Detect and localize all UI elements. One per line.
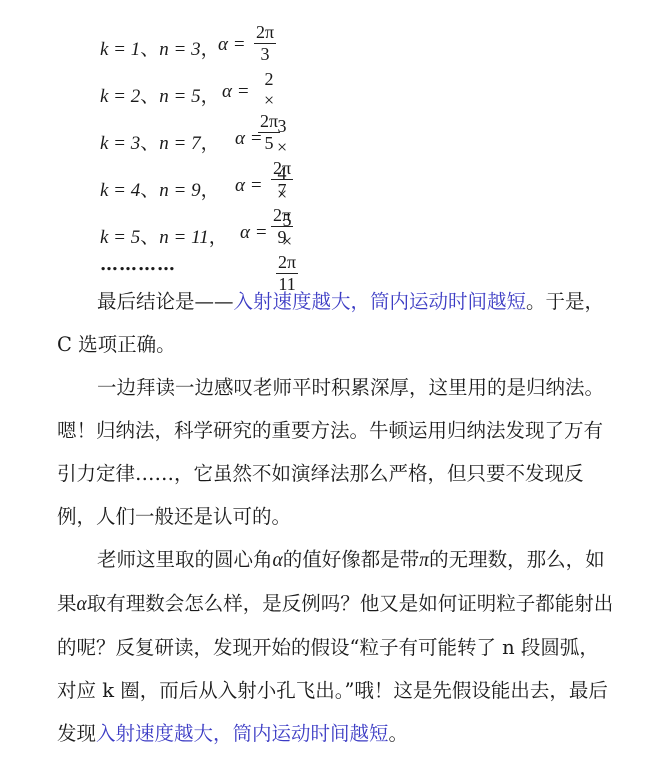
- k-value: k = 4: [100, 180, 140, 201]
- alpha-label: α =: [218, 34, 246, 56]
- ellipsis: …………: [100, 254, 176, 275]
- k-value: k = 2: [100, 86, 140, 107]
- n-value: n = 5: [159, 86, 200, 107]
- k-value: k = 5: [100, 227, 140, 248]
- alpha-label: α =: [235, 175, 263, 197]
- paragraph-question: 老师这里取的圆心角α的值好像都是带π的无理数，那么，如果α取有理数会怎么样，是反…: [57, 538, 617, 755]
- highlight-text: 入射速度越大，筒内运动时间越短: [234, 290, 527, 313]
- n-value: n = 11: [159, 227, 208, 248]
- fraction: 2π3: [254, 22, 276, 65]
- highlight-text: 入射速度越大，筒内运动时间越短: [96, 722, 389, 745]
- n-value: n = 7: [159, 133, 200, 154]
- n-value: n = 3: [159, 39, 200, 60]
- paragraph-induction: 一边拜读一边感叹老师平时积累深厚，这里用的是归纳法。嗯！归纳法，科学研究的重要方…: [57, 366, 617, 538]
- alpha-label: α =: [240, 222, 268, 244]
- k-value: k = 1: [100, 39, 140, 60]
- n-value: n = 9: [159, 180, 200, 201]
- k-value: k = 3: [100, 133, 140, 154]
- alpha-label: α =: [222, 81, 250, 103]
- alpha-label: α =: [235, 128, 263, 150]
- paragraph-conclusion: 最后结论是——入射速度越大，筒内运动时间越短。于是，C 选项正确。: [57, 280, 617, 366]
